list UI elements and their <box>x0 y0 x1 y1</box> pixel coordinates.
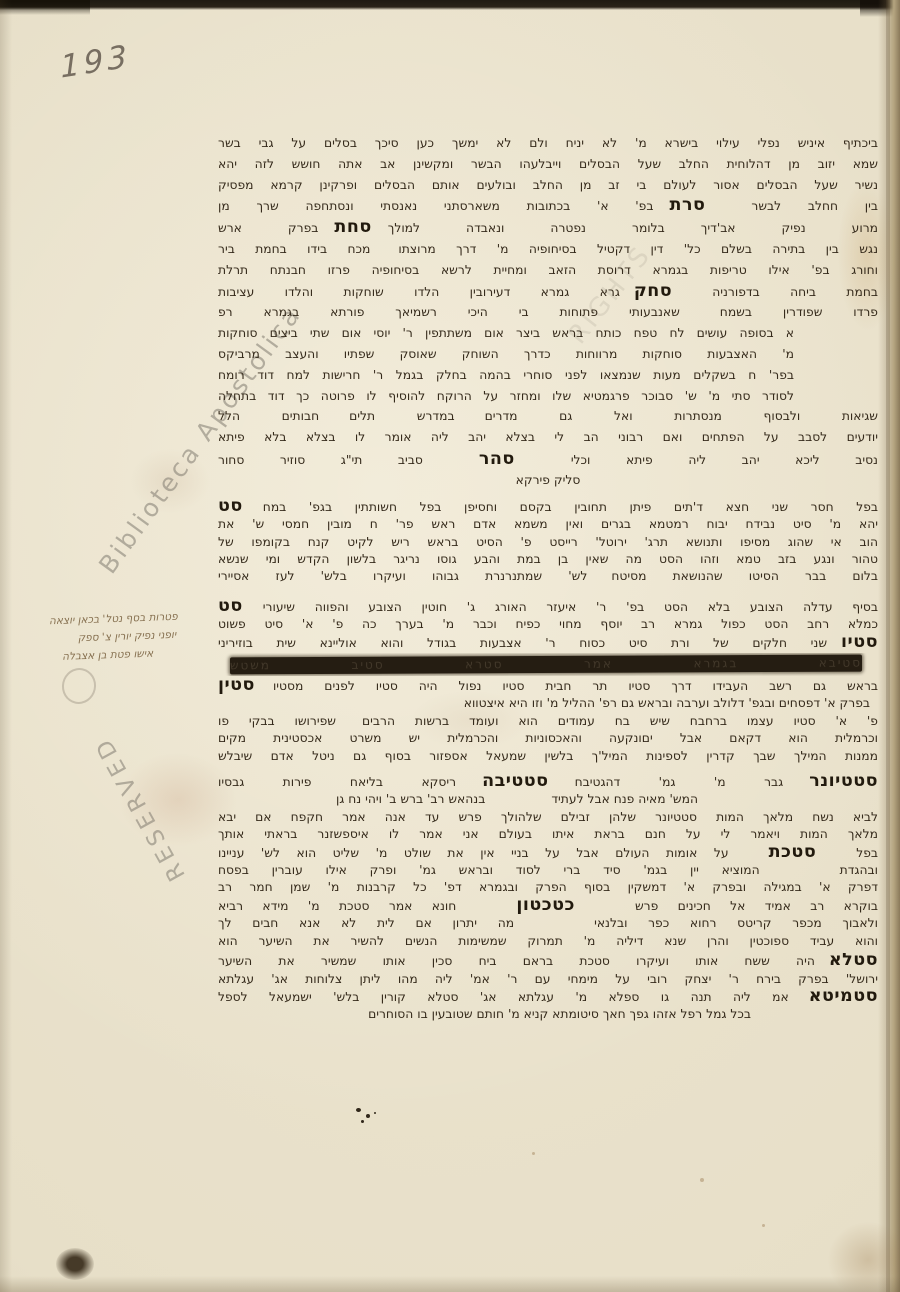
text-run: מה יתרון אם לית לא אנא חבים לך <box>218 916 514 930</box>
spacing-gap <box>783 785 809 786</box>
text-line: נסיב ליכא יהב ליה פיתא וכליסהרסביב תי"ג … <box>218 452 878 468</box>
entry-headword: סטטיונר <box>809 774 878 790</box>
foxing-speck <box>700 1178 704 1182</box>
ink-dot <box>356 1108 361 1112</box>
text-run: בכל גמל רפל אזהו גפך חאך סיטומתא קניא מ'… <box>368 1007 751 1021</box>
spacing-gap <box>318 231 334 232</box>
text-run: ובהגדת <box>840 863 878 877</box>
text-run: היה ששח אותו ועיקרו סטכת בראם ביח סכין א… <box>218 954 815 968</box>
spacing-gap <box>680 315 720 316</box>
spacing-gap <box>485 802 551 803</box>
text-run: לש' שמתנרנרת גבוהו ועיקרו בלש' לעז אסייר… <box>218 569 587 583</box>
text-run: בחמת ביחה בדפורניה <box>712 285 878 299</box>
text-run: ממנות המילך שבך קדרין לספינות המיל'ך בלש… <box>218 749 878 763</box>
text-line: יודעים לסבב על הפתחים ואם רבוני הב לי בצ… <box>218 430 878 445</box>
text-run: בין חחלב לבשר <box>751 199 878 213</box>
overinked-smear: סטיבא בגמרא אמר סטרא סטיב משטש <box>230 655 862 675</box>
entry-headword: סטלא <box>829 953 878 969</box>
spacing-gap <box>515 463 571 464</box>
text-run: מ' האצבעות סוחקות מרווחות כדרך השוחק שאו… <box>218 347 794 361</box>
spacing-gap <box>549 785 575 786</box>
text-run: וחורג בפ' אילו טריפות בגמרא דרוסת הזאב ו… <box>218 263 878 277</box>
text-line: בפלסטכתעל אומות העולם אבל על בניי אין את… <box>218 845 878 861</box>
text-run: הוב אי שהוג מסיפו ותנושא תרג' ירוטל' ריי… <box>218 535 878 549</box>
text-run: נסיב ליכא יהב ליה פיתא וכלי <box>571 453 878 467</box>
rights-stamp: RESERVED <box>70 697 209 920</box>
text-run: והוא עביד ספוכטין והרן שנא דיליה מ' תמרו… <box>218 934 878 948</box>
spacing-gap <box>665 231 701 232</box>
ink-dot <box>374 1112 376 1114</box>
text-run: וכרמלית הוא דקאם אבל יםונקעה והאכסוניות … <box>218 731 878 745</box>
text-line: סטיושני חלקים של ורת סיט כסוח ר' אצבעות … <box>218 635 878 651</box>
overinked-line: סטיבא בגמרא אמר סטרא סטיב משטש <box>218 653 878 676</box>
foxing-speck <box>762 1224 765 1227</box>
text-run: דפרק א' במגילה ובפרק א' דמשקין בסוף הפרק… <box>218 880 878 894</box>
spacing-gap <box>587 579 611 580</box>
text-run: חונא אמר סטכת מ' מידא רביא <box>218 899 456 913</box>
text-run: שאנבעותי פתוחות בי היכי רשמיאך פורתא בגמ… <box>218 305 680 319</box>
text-run: מכח בידו בחמת ביר <box>218 242 370 256</box>
text-line: ובהגדתהמוציא יין בגמ' סיד ברי לסוד ובראש… <box>218 863 878 878</box>
entry-headword: כטכטון <box>516 898 575 914</box>
text-run: אמ ליה תנה גו ספלא מ' עגלתא אג' סטלא קור… <box>218 990 789 1004</box>
spacing-gap <box>789 1000 809 1001</box>
text-line: בפרק א' דפסחים ובגפ' דלולב וערבה ובראש ג… <box>218 696 878 711</box>
spacing-gap <box>514 926 594 927</box>
text-line: פרדו שפודרין בשמחשאנבעותי פתוחות בי היכי… <box>218 305 878 320</box>
text-line: ממנות המילך שבך קדרין לספינות המיל'ך בלש… <box>218 749 878 764</box>
text-run: על אומות העולם אבל על בניי אין את שולט מ… <box>218 846 729 860</box>
text-run: המוציא יין בגמ' סיד ברי לסוד ובראש גמ' ו… <box>218 863 760 877</box>
text-line: סליק פירקא <box>218 473 878 488</box>
text-run: במדרש תלים <box>349 409 454 423</box>
entry-headword: סחק <box>634 284 672 300</box>
text-run: מרוע נפיק אב'דיך <box>701 221 878 235</box>
text-line: דפרק א' במגילה ובפרק א' דמשקין בסוף הפרק… <box>218 880 878 895</box>
text-run: שמא יזוב מן דהלוחית החלב שעל הבסלים וייב… <box>218 157 878 171</box>
text-run: בפרק א' דפסחים ובגפ' דלולב וערבה ובראש ג… <box>464 696 870 710</box>
spacing-gap <box>653 209 669 210</box>
spacing-gap <box>370 252 398 253</box>
text-run: בפרק ארש <box>218 221 318 235</box>
text-line: לסודר סתי מ' ש' סבוכר פרגמטיא שלו ומחזר … <box>218 389 878 404</box>
spacing-gap <box>672 295 712 296</box>
spacing-gap <box>827 646 841 647</box>
text-line: בראש גם רשב העבידו דרך סטיו תר חבית סטיו… <box>218 678 878 694</box>
spacing-gap <box>870 706 878 707</box>
entry-headword: סטיו <box>841 635 878 651</box>
text-line: סטמיטאאמ ליה תנה גו ספלא מ' עגלתא אג' סט… <box>218 989 878 1005</box>
spacing-gap <box>620 295 634 296</box>
text-run: בפר' ח בשקלים מעות שנמצאו לפני סוחרי בהמ… <box>218 368 794 382</box>
text-line: יהא מ' סיט נבידח יבוח רמטמא בגרים ואין מ… <box>218 517 878 532</box>
spacing-gap <box>456 785 482 786</box>
text-run: נשיר שעל הבסלים אסור לעולם בי זב מן החלב… <box>218 178 878 192</box>
spacing-gap <box>423 463 479 464</box>
text-line: בכל גמל רפל אזהו גפך חאך סיטומתא קניא מ'… <box>218 1007 878 1022</box>
page-bottom-edge <box>0 1276 900 1292</box>
spacing-gap <box>816 856 856 857</box>
entry-headword: סרת <box>669 198 705 214</box>
text-run: לביא נשח מלאך המות סטטיונר שלהן זבילם של… <box>218 810 878 824</box>
text-line: סטלאהיה ששח אותו ועיקרו סטכת בראם ביח סכ… <box>218 953 878 969</box>
spacing-gap <box>455 419 485 420</box>
marginalia-note: פטרות בסף נטל' בכאן יוצאה יופני נפיק יור… <box>15 607 213 668</box>
text-run: סביב תי"ג סוזיר סחור <box>218 453 423 467</box>
text-run: ביכתיף איניש נפלי עילוי בישרא מ' לא יניח… <box>218 136 878 150</box>
text-line: בפל חסר שני חצא ד'תים פיתן תחובין בקסם ו… <box>218 499 878 515</box>
spacing-gap <box>815 964 829 965</box>
text-run: א בסופה עושים לח טפח כותח בראש ביצר אום … <box>218 326 794 340</box>
text-run: גרא גמרא דעירובין הלדו שוחקות והלדו עציב… <box>218 285 620 299</box>
text-run: שפירושו בבקי פו <box>218 714 336 728</box>
scan-top-edge-shadow <box>0 0 900 10</box>
ink-dot <box>366 1114 370 1118</box>
text-line: לביא נשח מלאך המות סטטיונר שלהן זבילם של… <box>218 810 878 825</box>
text-run: פרדו שפודרין בשמח <box>720 305 878 319</box>
text-line: בין חחלב לבשרסרתבפ' א' בכתובות משארסתני … <box>218 198 878 214</box>
text-run: בוקרא רב אמיד אל חכינים פרש <box>635 899 878 913</box>
ink-dot <box>361 1120 364 1123</box>
text-line: מ' האצבעות סוחקות מרווחות כדרך השוחק שאו… <box>218 347 878 362</box>
entry-headword: סהר <box>479 452 515 468</box>
text-line: א בסופה עושים לח טפח כותח בראש ביצר אום … <box>218 326 878 341</box>
text-line: בחמת ביחה בדפורניהסחקגרא גמרא דעירובין ה… <box>218 284 878 300</box>
spacing-gap <box>760 873 840 874</box>
text-line: הוב אי שהוג מסיפו ותנושא תרג' ירוטל' ריי… <box>218 535 878 550</box>
text-line: מרוע נפיק אב'דיךבלומר נפטרה ונאבדה למולך… <box>218 220 878 236</box>
text-run: יהא מ' סיט נבידח יבוח רמטמא בגרים ואין מ… <box>218 517 878 531</box>
entry-headword: סט <box>218 599 243 615</box>
text-run: בלומר נפטרה ונאבדה למולך <box>388 221 665 235</box>
entry-headword: סטין <box>218 678 255 694</box>
text-line: ירושל' בפרק בירח ר' יצחק רובי על מימחי ע… <box>218 972 878 987</box>
text-line: המש' מאיה פנח אבל לעתידבנהאש רב' ברש ב' … <box>218 792 878 807</box>
text-run: בפל <box>856 846 878 860</box>
text-line: כמלא רחב הסט כפול גמרא רב יוסף מחוי כפיח… <box>218 617 878 632</box>
text-run: ירושל' בפרק בירח ר' יצחק רובי על מימחי ע… <box>218 972 878 986</box>
text-run: גבר מ' גמ' דהגטיבח <box>575 775 784 789</box>
text-run: כמלא רחב הסט כפול גמרא רב יוסף מחוי כפיח… <box>218 617 878 631</box>
text-run: בסיף עדלה הצובע בלא הסט בפ' ר' איעזר האו… <box>263 600 878 614</box>
text-line: שגיאות ולבסוף מנסתרות ואל גם מדריםבמדרש … <box>218 409 878 424</box>
text-run: מלאך המות ויאמר לי על חנם בראת איתו בעול… <box>218 827 878 841</box>
text-line: וחורג בפ' אילו טריפות בגמרא דרוסת הזאב ו… <box>218 263 878 278</box>
text-run: בפ' א' בכתובות משארסתני נאנסתי ונסתחפה ש… <box>218 199 653 213</box>
page-right-edge-line <box>886 0 890 1292</box>
text-line: נשיר שעל הבסלים אסור לעולם בי זב מן החלב… <box>218 178 878 193</box>
text-line: בפר' ח בשקלים מעות שנמצאו לפני סוחרי בהמ… <box>218 368 878 383</box>
foxing-speck <box>532 1152 535 1155</box>
text-line: שמא יזוב מן דהלוחית החלב שעל הבסלים וייב… <box>218 157 878 172</box>
spacing-gap <box>255 689 273 690</box>
spacing-gap <box>456 909 516 910</box>
text-line: בלום בבר הסיטו שהנושאת מסיטחלש' שמתנרנרת… <box>218 569 878 584</box>
text-run: בראש גם רשב העבידו דרך סטיו תר חבית סטיו… <box>273 679 878 693</box>
scanned-manuscript-page: 193 Biblioteca Apostolica RESERVED RIGHT… <box>0 0 900 1292</box>
entry-headword: סחת <box>334 220 371 236</box>
text-run: ולאבוך מכפר קריטס רחוא כפר ובלנאי <box>594 916 878 930</box>
spacing-gap <box>705 209 751 210</box>
text-run: ריסקא בליאח פירות גבסיו <box>218 775 456 789</box>
text-line: בוקרא רב אמיד אל חכינים פרשכטכטוןחונא אמ… <box>218 898 878 914</box>
text-line: נגש בין בתירה בשלם כל' דין דקטיל בסיחופי… <box>218 242 878 257</box>
entry-headword: סטכת <box>769 845 817 861</box>
spacing-gap <box>319 419 349 420</box>
text-line: ביכתיף איניש נפלי עילוי בישרא מ' לא יניח… <box>218 136 878 151</box>
text-run: פ' א' סטיו עצמו ברחבח שיש בח עמודים הוא … <box>362 714 878 728</box>
text-run: שגיאות ולבסוף מנסתרות ואל גם מדרים <box>485 409 878 423</box>
spacing-gap <box>243 610 263 611</box>
text-run: בנהאש רב' ברש ב' ויהי נח גן <box>336 792 485 806</box>
text-line: והוא עביד ספוכטין והרן שנא דיליה מ' תמרו… <box>218 934 878 949</box>
page-left-edge <box>0 0 12 1292</box>
scan-top-left-shadow <box>0 0 90 15</box>
text-line: טהור ונגע בזב טמא וזהו הסט מה שאין בן במ… <box>218 552 878 567</box>
text-line: סטטיונרגבר מ' גמ' דהגטיבחסטטיבהריסקא בלי… <box>218 774 878 790</box>
text-run: טהור ונגע בזב טמא וזהו הסט מה שאין בן במ… <box>218 552 878 566</box>
folio-number: 193 <box>59 38 131 85</box>
spacing-gap <box>336 724 362 725</box>
text-run: שני חלקים של ורת סיט כסוח ר' אצבעות בגוד… <box>218 636 827 650</box>
text-run: המש' מאיה פנח אבל לעתיד <box>551 792 698 806</box>
text-line: פ' א' סטיו עצמו ברחבח שיש בח עמודים הוא … <box>218 714 878 729</box>
text-line: ולאבוך מכפר קריטס רחוא כפר ובלנאימה יתרו… <box>218 916 878 931</box>
entry-headword: סטטיבה <box>482 774 549 790</box>
text-run: בפל חסר שני חצא ד'תים פיתן תחובין בקסם ו… <box>263 500 878 514</box>
text-run: נגש בין בתירה בשלם כל' דין דקטיל בסיחופי… <box>398 242 878 256</box>
text-block: ביכתיף איניש נפלי עילוי בישרא מ' לא יניח… <box>218 136 878 1025</box>
text-line: וכרמלית הוא דקאם אבל יםונקעה והאכסוניות … <box>218 731 878 746</box>
text-run: סליק פירקא <box>516 473 581 487</box>
entry-headword: סט <box>218 499 243 515</box>
text-run: יודעים לסבב על הפתחים ואם רבוני הב לי בצ… <box>218 430 878 444</box>
spacing-gap <box>575 909 635 910</box>
text-run: בלום בבר הסיטו שהנושאת מסיטח <box>611 569 878 583</box>
entry-headword: סטמיטא <box>809 989 878 1005</box>
text-run: חבותים הלל <box>218 409 319 423</box>
text-run: לסודר סתי מ' ש' סבוכר פרגמטיא שלו ומחזר … <box>218 389 794 403</box>
text-line: מלאך המות ויאמר לי על חנם בראת איתו בעול… <box>218 827 878 842</box>
spacing-gap <box>243 510 263 511</box>
spacing-gap <box>729 856 769 857</box>
text-line: בסיף עדלה הצובע בלא הסט בפ' ר' איעזר האו… <box>218 599 878 615</box>
spacing-gap <box>372 231 388 232</box>
